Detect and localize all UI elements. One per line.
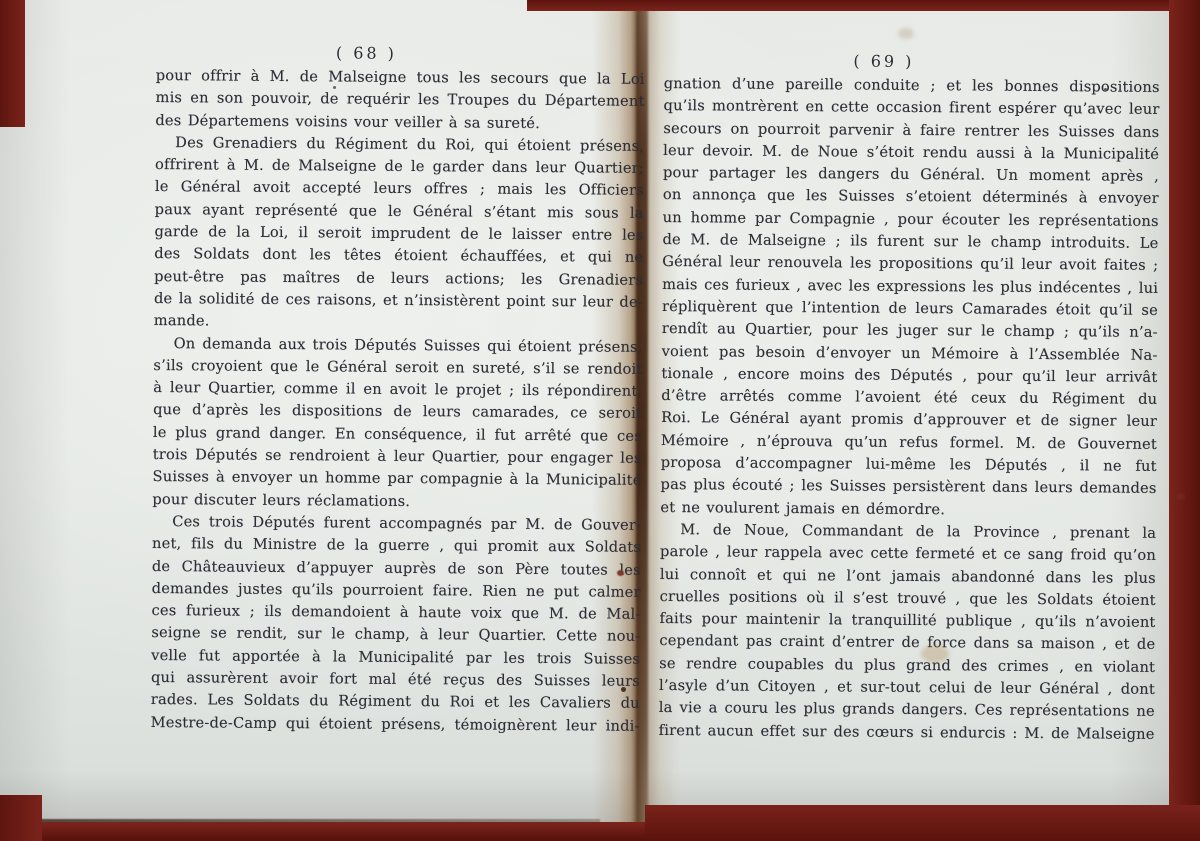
text-line: net, fils du Ministre de la guerre , qui… [152, 533, 641, 559]
foxing-spot [333, 86, 336, 89]
text-line: firent aucun effet sur des cœurs si endu… [659, 720, 1155, 746]
text-line: rendît au Quartier, pour les juger sur l… [662, 318, 1158, 344]
text-line: parole , leur rappela avec cette fermeté… [660, 541, 1156, 567]
foxing-spot [621, 687, 626, 692]
right-page: ( 69 ) gnation d’une pareille conduite ;… [664, 50, 1160, 742]
photo-background-edge-top [527, 0, 1200, 11]
paper-stain [898, 28, 914, 39]
right-page-text: gnation d’une pareille conduite ; et les… [659, 73, 1160, 746]
left-page-text: pour offrir à M. de Malseigne tous les s… [151, 65, 645, 738]
text-line: mis en son pouvoir, de requérir les Trou… [155, 87, 644, 113]
foxing-spot [1104, 88, 1107, 91]
right-page-content: ( 69 ) gnation d’une pareille conduite ;… [659, 50, 1160, 746]
book-photo: { "colors": { "paper": "#e5e8e4", "ink":… [0, 0, 1200, 841]
text-line: qu’ils montrèrent en cette occasion fire… [663, 95, 1159, 121]
text-line: la vie a couru les plus grands dangers. … [659, 697, 1155, 723]
left-page-content: ( 68 ) pour offrir à M. de Malseigne tou… [151, 42, 645, 738]
text-line: Mestre-de-Camp qui étoient présens, témo… [151, 712, 640, 738]
paper-stain [921, 645, 949, 663]
left-page: ( 68 ) pour offrir à M. de Malseigne tou… [156, 42, 645, 734]
foxing-spot [617, 570, 624, 576]
text-line: de la solidité de ces raisons, et n’insi… [154, 288, 643, 314]
page-number-69: ( 69 ) [636, 50, 1132, 76]
text-line: rades. Les Soldats du Régiment du Roi et… [151, 689, 640, 715]
paper-stain [1176, 493, 1185, 500]
photo-background-edge-bottom-left [0, 795, 42, 841]
photo-background-edge-bottom-right [645, 805, 1200, 841]
photo-background-edge-top-left [0, 0, 25, 127]
photo-background-edge-right [1169, 0, 1200, 841]
page-number-68: ( 68 ) [122, 42, 611, 68]
